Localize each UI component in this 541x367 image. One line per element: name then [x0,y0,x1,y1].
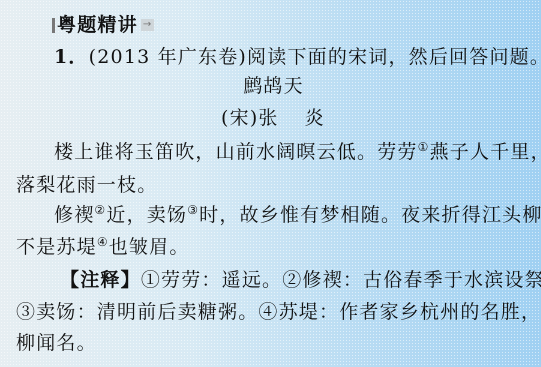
question-text: (2013 年广东卷)阅读下面的宋词，然后回答问题。 [89,46,541,68]
section-title: 粤题精讲 [57,13,138,37]
footnote-marker-1: ① [418,140,430,154]
author-given-name: 炎 [305,107,325,129]
header-marker-bar [52,18,55,33]
notes-line-3: 柳闻名。 [16,331,97,355]
notes-line-2: ③卖饧：清明前后卖糖粥。④苏堤：作者家乡杭州的名胜，以 [16,300,541,324]
author-dynasty-name: (宋)张 [221,107,279,129]
notes-text-1: ①劳劳：遥远。②修禊：古俗春季于水滨设祭。 [141,269,541,291]
question-prompt: 1．(2013 年广东卷)阅读下面的宋词，然后回答问题。 [54,45,541,69]
arrow-right-icon[interactable]: → [141,19,155,31]
footnote-marker-4: ④ [97,235,109,249]
question-number: 1． [54,46,89,68]
poem-line-4: 不是苏堤④也皱眉。 [16,235,190,259]
notes-line-1: 【注释】①劳劳：遥远。②修禊：古俗春季于水滨设祭。 [60,268,541,292]
poem-line-2: 落梨花雨一枝。 [16,173,157,197]
poem-title: 鹧鸪天 [0,74,541,98]
poem-author: (宋)张炎 [221,106,325,130]
section-header: 粤题精讲 → [52,13,154,37]
poem-line-1: 楼上谁将玉笛吹，山前水阔暝云低。劳劳①燕子人千里，落 [54,140,541,164]
footnote-marker-2: ② [94,203,106,217]
poem-line-3: 修禊②近，卖饧③时，故乡惟有梦相随。夜来折得江头柳， [54,203,541,227]
notes-label: 【注释】 [60,269,141,291]
footnote-marker-3: ③ [187,203,199,217]
